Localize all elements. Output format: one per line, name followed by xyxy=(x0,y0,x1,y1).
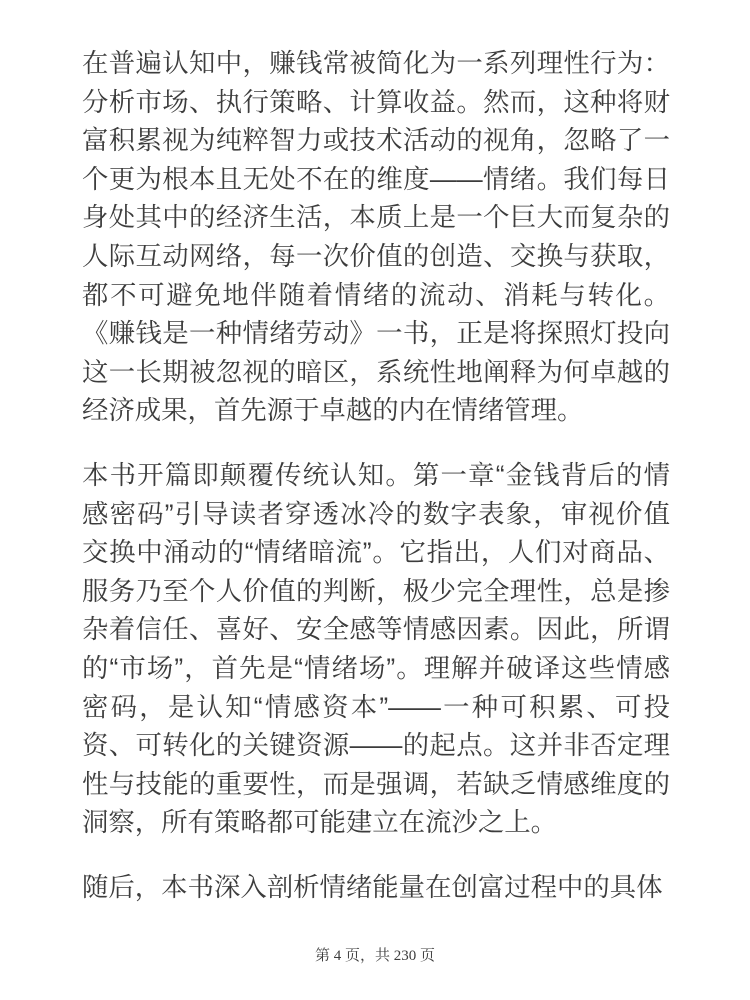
page-text-content: 在普遍认知中，赚钱常被简化为一系列理性行为：分析市场、执行策略、计算收益。然而，… xyxy=(82,44,670,906)
paragraph-2: 本书开篇即颠覆传统认知。第一章“金钱背后的情感密码”引导读者穿透冰冷的数字表象，… xyxy=(82,456,670,842)
paragraph-1: 在普遍认知中，赚钱常被简化为一系列理性行为：分析市场、执行策略、计算收益。然而，… xyxy=(82,44,670,430)
page-number-footer: 第 4 页，共 230 页 xyxy=(0,946,750,966)
document-page: 在普遍认知中，赚钱常被简化为一系列理性行为：分析市场、执行策略、计算收益。然而，… xyxy=(0,0,750,1000)
paragraph-3: 随后，本书深入剖析情绪能量在创富过程中的具体 xyxy=(82,868,670,907)
